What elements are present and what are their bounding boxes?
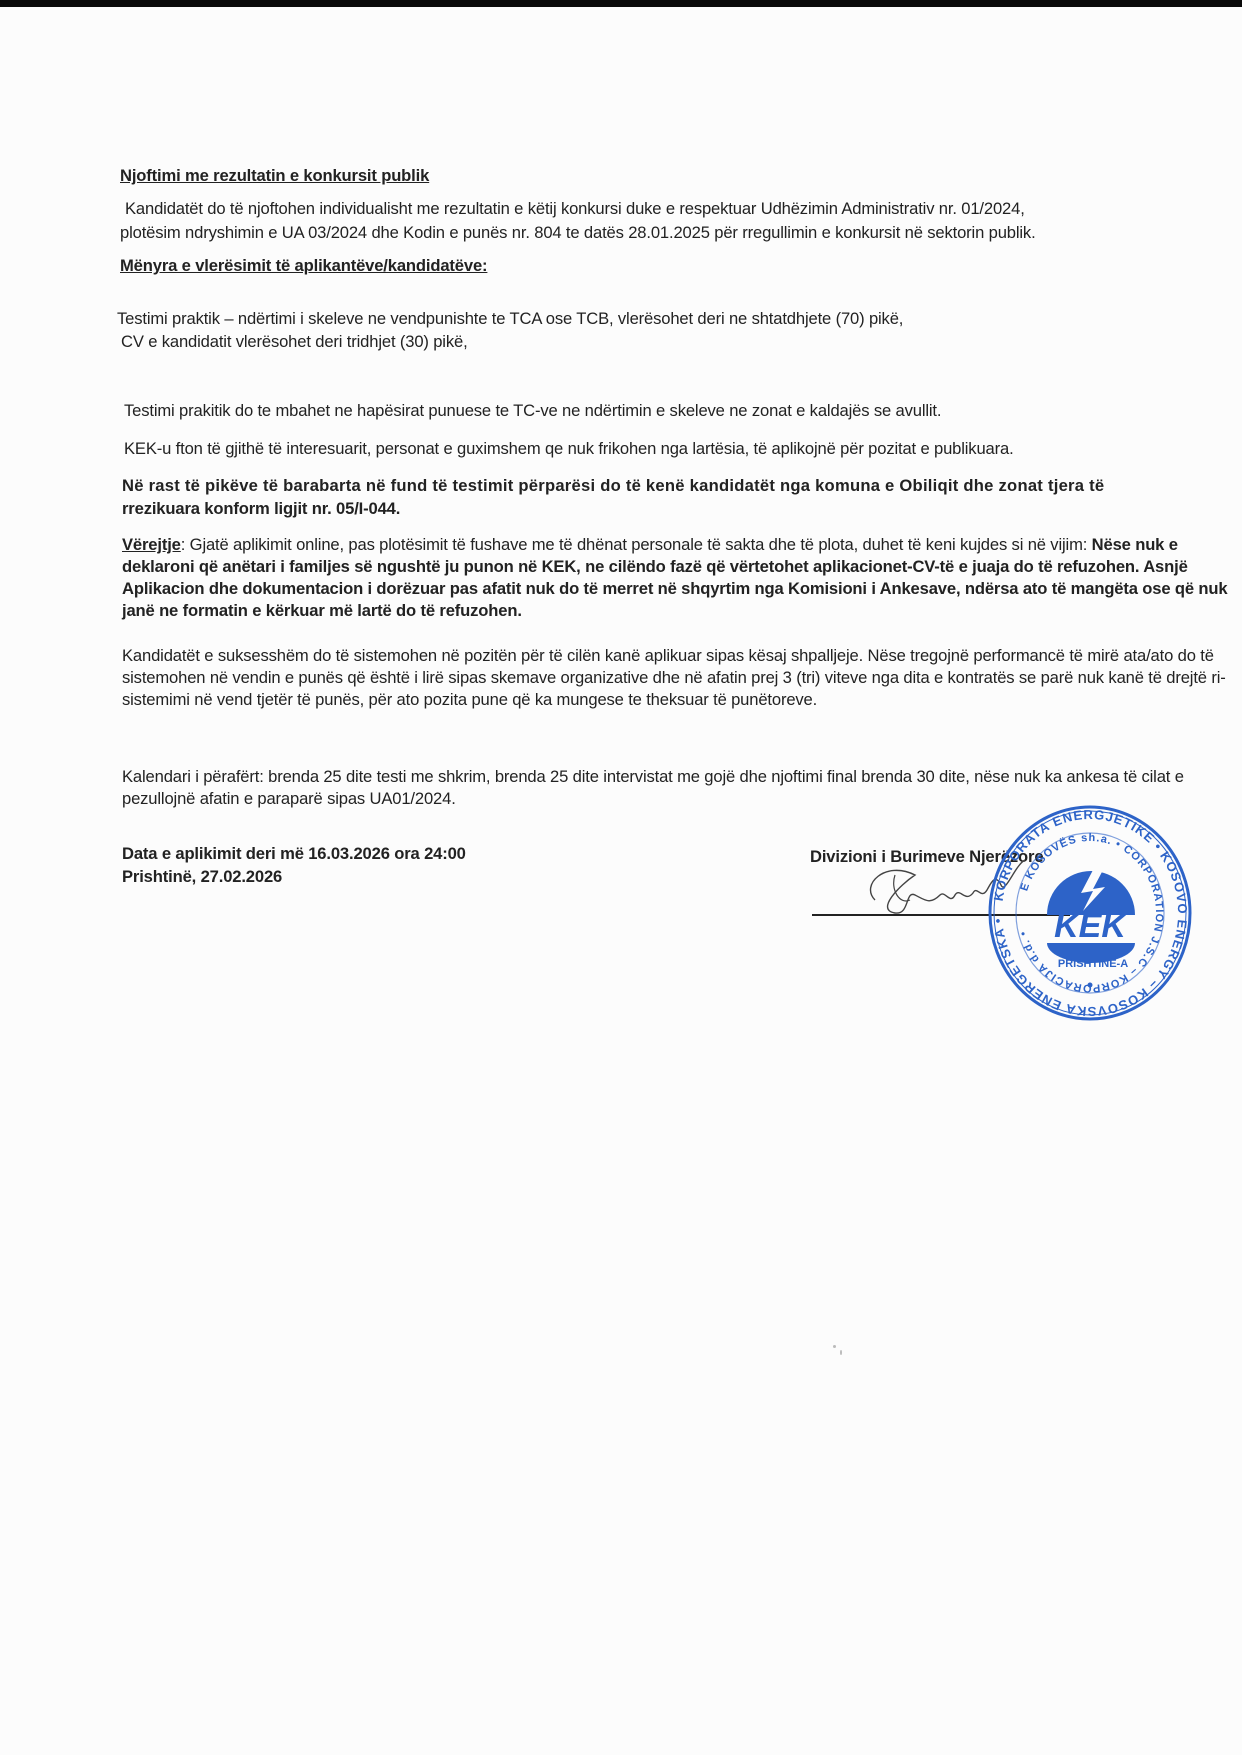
- results-text-line1: Kandidatët do të njoftohen individualish…: [125, 198, 1025, 219]
- section-heading-results: Njoftimi me rezultatin e konkursit publi…: [120, 165, 429, 186]
- kek-stamp-icon: KORPORATA ENERGJETIKE • KOSOVO ENERGY – …: [985, 795, 1195, 1025]
- evaluation-practical-test: Testimi praktik – ndërtimi i skeleve ne …: [117, 308, 903, 329]
- application-deadline: Data e aplikimit deri më 16.03.2026 ora …: [122, 843, 466, 864]
- tie-priority-line2: rrezikuara konform ligjit nr. 05/I-044.: [122, 498, 400, 519]
- section-heading-evaluation: Mënyra e vlerësimit të aplikantëve/kandi…: [120, 255, 487, 276]
- scan-speck: [833, 1345, 836, 1348]
- scan-top-edge: [0, 0, 1242, 7]
- note-label: Vërejtje: [122, 535, 181, 554]
- scan-speck: [840, 1350, 842, 1355]
- results-text-line2: plotësim ndryshimin e UA 03/2024 dhe Kod…: [120, 222, 1036, 243]
- svg-text:PRISHTINË-A: PRISHTINË-A: [1058, 957, 1128, 970]
- note-text-plain: : Gjatë aplikimit online, pas plotësimit…: [181, 535, 1092, 554]
- invitation-paragraph: KEK-u fton të gjithë të interesuarit, pe…: [124, 438, 1014, 459]
- place-and-date: Prishtinë, 27.02.2026: [122, 866, 282, 887]
- svg-text:KEK: KEK: [1054, 907, 1128, 945]
- evaluation-cv: CV e kandidatit vlerësohet deri tridhjet…: [121, 331, 468, 352]
- note-paragraph: Vërejtje: Gjatë aplikimit online, pas pl…: [122, 534, 1228, 622]
- tie-priority-line1: Në rast të pikëve të barabarta në fund t…: [122, 475, 1104, 496]
- successful-candidates-paragraph: Kandidatët e suksesshëm do të sistemohen…: [122, 645, 1228, 711]
- testing-location-paragraph: Testimi prakitik do te mbahet ne hapësir…: [124, 400, 941, 421]
